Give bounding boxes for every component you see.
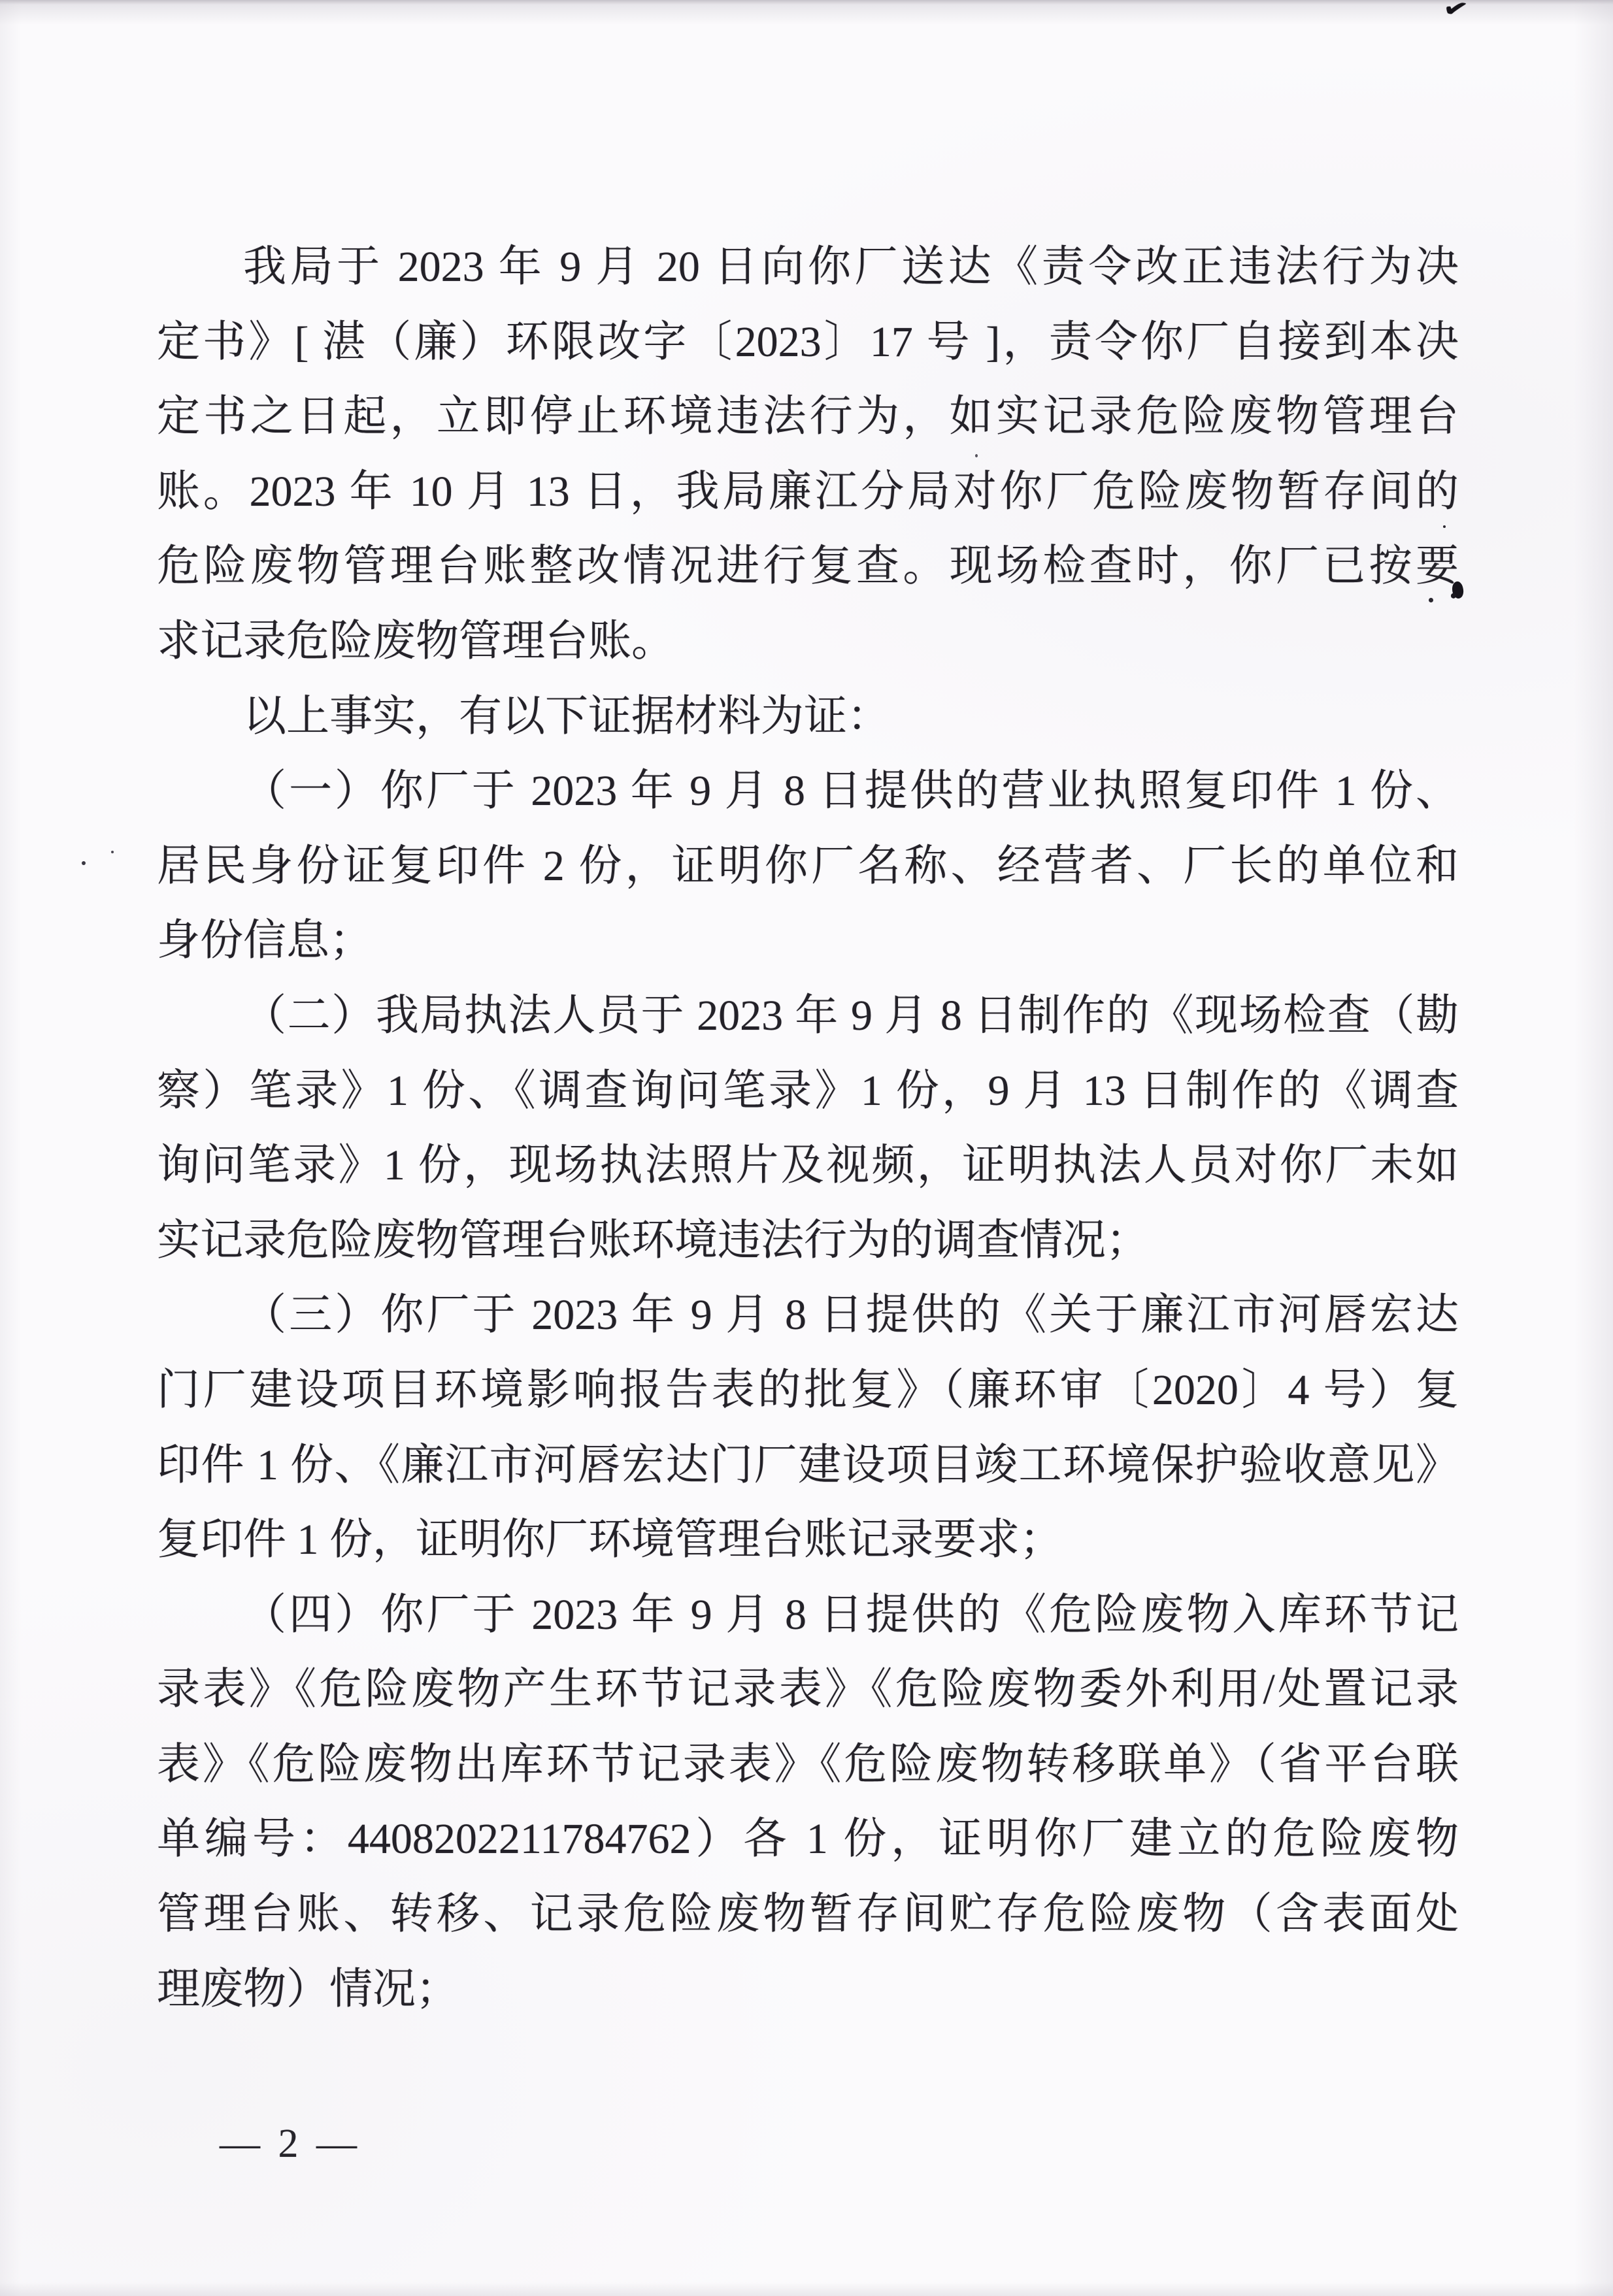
- page-number: — 2 —: [220, 2122, 361, 2165]
- text-line: 实记录危险废物管理台账环境违法行为的调查情况；: [157, 1204, 1459, 1279]
- ink-speck: [1443, 525, 1446, 528]
- text-line: 录表》《危险废物产生环节记录表》《危险废物委外利用/处置记录: [157, 1652, 1459, 1728]
- text-line: （三）你厂于 2023 年 9 月 8 日提供的《关于廉江市河唇宏达: [157, 1278, 1459, 1353]
- text-line: 身份信息；: [157, 904, 1459, 979]
- text-line: 单编号：4408202211784762）各 1 份，证明你厂建立的危险废物: [157, 1802, 1459, 1877]
- text-line: （四）你厂于 2023 年 9 月 8 日提供的《危险废物入库环节记: [157, 1578, 1459, 1653]
- ink-speck: [975, 454, 978, 457]
- text-line: 理废物）情况；: [157, 1952, 1459, 2027]
- text-line: 危险废物管理台账整改情况进行复查。现场检查时，你厂已按要: [157, 529, 1459, 604]
- ink-speck: [111, 851, 114, 853]
- ink-speck: [1429, 598, 1433, 602]
- text-line: 居民身份证复印件 2 份，证明你厂名称、经营者、厂长的单位和: [157, 829, 1459, 904]
- text-line: 复印件 1 份，证明你厂环境管理台账记录要求；: [157, 1503, 1459, 1578]
- text-line: 以上事实，有以下证据材料为证：: [157, 680, 1459, 755]
- scan-edge-bottom: [0, 2282, 1613, 2296]
- text-line: 察）笔录》1 份、《调查询问笔录》1 份，9 月 13 日制作的《调查: [157, 1054, 1459, 1129]
- text-line: 表》《危险废物出库环节记录表》《危险废物转移联单》（省平台联: [157, 1728, 1459, 1803]
- scanned-document-page: 我局于 2023 年 9 月 20 日向你厂送达《责令改正违法行为决定书》[ 湛…: [0, 0, 1613, 2296]
- text-line: 定书之日起，立即停止环境违法行为，如实记录危险废物管理台: [157, 380, 1459, 455]
- text-line: 询问笔录》1 份，现场执法照片及视频，证明执法人员对你厂未如: [157, 1128, 1459, 1204]
- text-line: 账。2023 年 10 月 13 日，我局廉江分局对你厂危险废物暂存间的: [157, 455, 1459, 530]
- text-line: 门厂建设项目环境影响报告表的批复》（廉环审〔2020〕4 号）复: [157, 1353, 1459, 1428]
- text-line: 印件 1 份、《廉江市河唇宏达门厂建设项目竣工环境保护验收意见》: [157, 1428, 1459, 1503]
- ink-checkmark-artifact: ✔: [1441, 0, 1471, 25]
- text-line: 我局于 2023 年 9 月 20 日向你厂送达《责令改正违法行为决: [157, 230, 1459, 305]
- scan-edge-top: [0, 0, 1613, 25]
- text-line: 求记录危险废物管理台账。: [157, 604, 1459, 680]
- text-line: 定书》[ 湛（廉）环限改字〔2023〕17 号 ]，责令你厂自接到本决: [157, 305, 1459, 380]
- scan-edge-left: [0, 0, 24, 2296]
- document-body-text: 我局于 2023 年 9 月 20 日向你厂送达《责令改正违法行为决定书》[ 湛…: [157, 230, 1459, 2027]
- scan-edge-right: [1567, 0, 1613, 2296]
- ink-speck: [82, 861, 86, 865]
- text-line: 管理台账、转移、记录危险废物暂存间贮存危险废物（含表面处: [157, 1877, 1459, 1952]
- text-line: （二）我局执法人员于 2023 年 9 月 8 日制作的《现场检查（勘: [157, 979, 1459, 1054]
- text-line: （一）你厂于 2023 年 9 月 8 日提供的营业执照复印件 1 份、: [157, 754, 1459, 829]
